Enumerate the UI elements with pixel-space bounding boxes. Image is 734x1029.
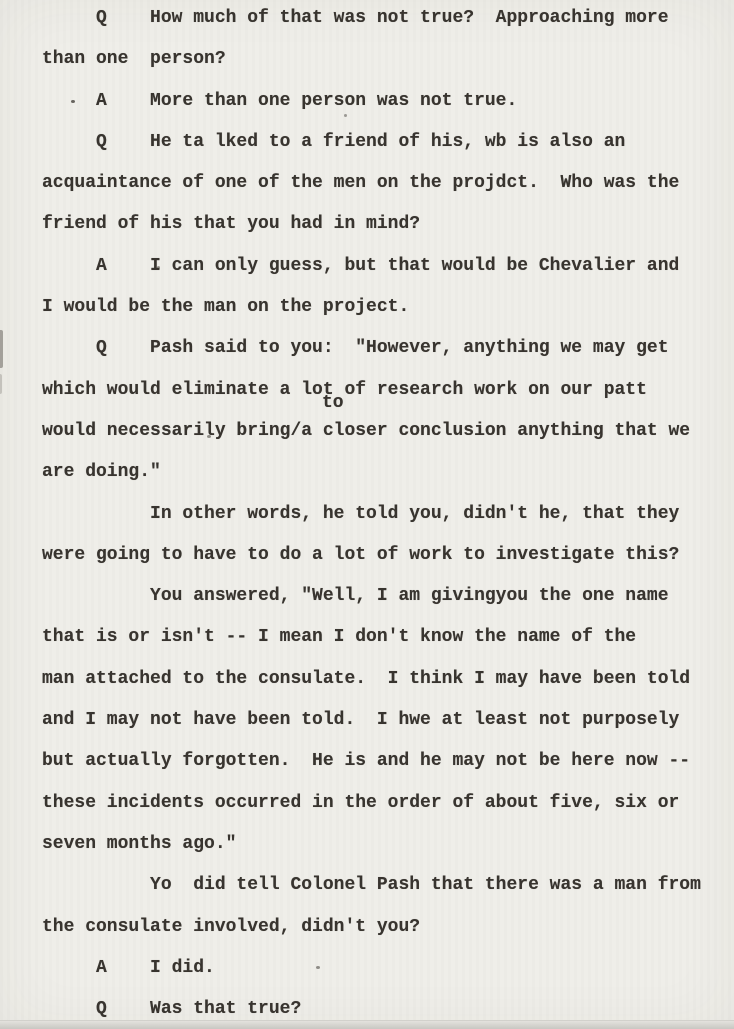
transcript-line: are doing.": [0, 452, 734, 493]
transcript-line: A More than one person was not true.: [0, 81, 734, 122]
interlinear-insertion-to: to: [322, 394, 344, 412]
transcript-page: Q How much of that was not true? Approac…: [0, 0, 734, 1029]
transcript-line: Yo did tell Colonel Pash that there was …: [0, 865, 734, 906]
transcript-line: the consulate involved, didn't you?: [0, 907, 734, 948]
transcript-line: A I did.: [0, 948, 734, 989]
transcript-line: were going to have to do a lot of work t…: [0, 535, 734, 576]
transcript-line: seven months ago.": [0, 824, 734, 865]
ink-speck: [316, 966, 320, 969]
transcript-line: In other words, he told you, didn't he, …: [0, 494, 734, 535]
transcript-line: I would be the man on the project.: [0, 287, 734, 328]
transcript-line: friend of his that you had in mind?: [0, 204, 734, 245]
transcript-line: these incidents occurred in the order of…: [0, 783, 734, 824]
transcript-line: acquaintance of one of the men on the pr…: [0, 163, 734, 204]
ink-speck: [207, 435, 211, 438]
transcript-line: A I can only guess, but that would be Ch…: [0, 246, 734, 287]
transcript-line: would necessarily bring/a closer conclus…: [0, 411, 734, 452]
transcript-line: Q Pash said to you: "However, anything w…: [0, 328, 734, 369]
transcript-line: Q How much of that was not true? Approac…: [0, 0, 734, 39]
transcript-text-block: Q How much of that was not true? Approac…: [0, 0, 734, 1029]
transcript-line: You answered, "Well, I am givingyou the …: [0, 576, 734, 617]
ink-speck: [157, 266, 160, 269]
ink-speck: [344, 114, 347, 117]
transcript-line: that is or isn't -- I mean I don't know …: [0, 617, 734, 658]
page-edge-smudge: [0, 330, 3, 368]
transcript-line: than one person?: [0, 39, 734, 80]
transcript-line: which would eliminate a lot of research …: [0, 370, 734, 411]
ink-speck: [71, 100, 75, 103]
transcript-line: and I may not have been told. I hwe at l…: [0, 700, 734, 741]
transcript-line: but actually forgotten. He is and he may…: [0, 741, 734, 782]
page-edge-smudge: [0, 374, 2, 394]
scan-bottom-edge: [0, 1020, 734, 1029]
transcript-line: Q He ta lked to a friend of his, wb is a…: [0, 122, 734, 163]
transcript-line: man attached to the consulate. I think I…: [0, 659, 734, 700]
